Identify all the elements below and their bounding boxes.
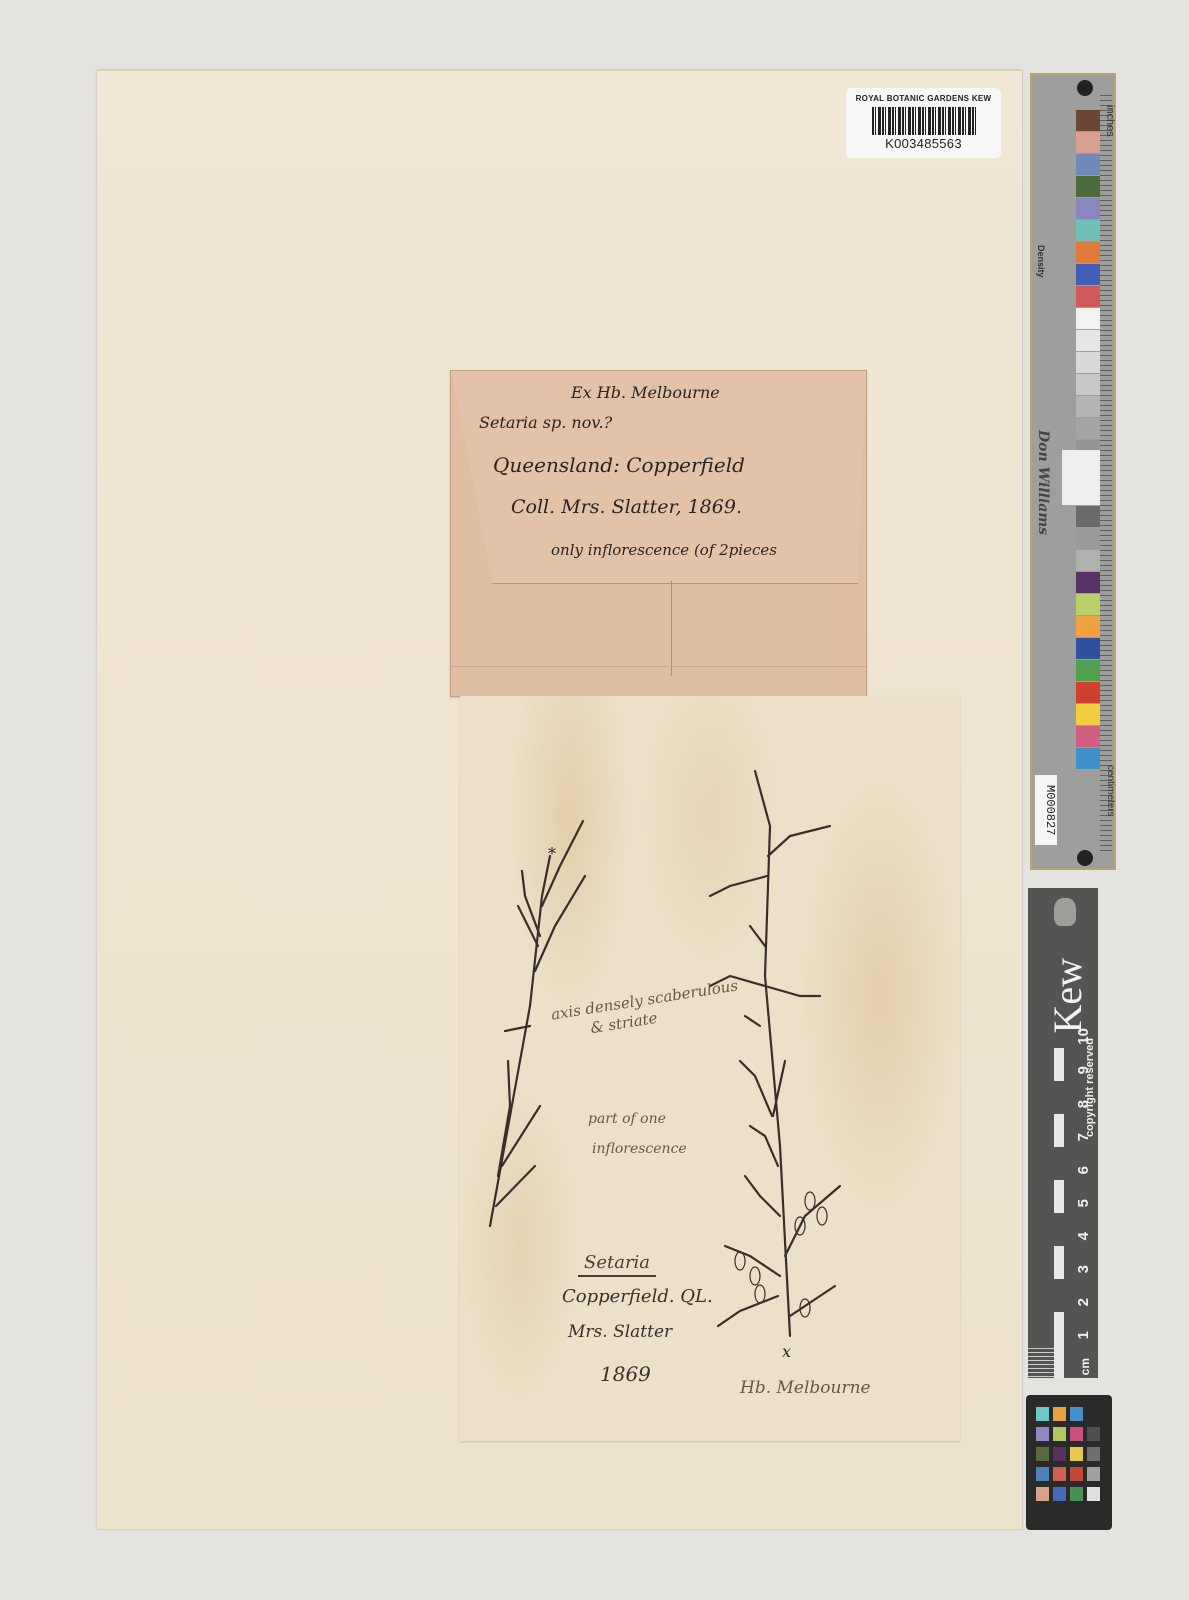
focus-target bbox=[1062, 450, 1100, 505]
scale-unit: cm bbox=[1078, 1358, 1092, 1375]
color-swatch bbox=[1070, 1467, 1083, 1481]
color-swatch bbox=[1036, 1427, 1049, 1441]
color-swatch bbox=[1036, 1487, 1049, 1501]
envelope-fold bbox=[671, 581, 672, 676]
grass-specimen-drawing bbox=[460, 696, 960, 1441]
color-patch bbox=[1076, 528, 1100, 549]
envelope-line-taxon: Setaria sp. nov.? bbox=[479, 413, 612, 432]
color-checker-grid bbox=[1036, 1407, 1100, 1501]
scale-ruler bbox=[1100, 95, 1112, 855]
color-patch bbox=[1076, 110, 1100, 131]
scale-number: 6 bbox=[1075, 1166, 1092, 1174]
color-swatch bbox=[1070, 1447, 1083, 1461]
unit-inches: inches bbox=[1104, 105, 1116, 137]
kew-scale-bar: Kew copyright reserved 10 9 8 7 6 5 4 3 … bbox=[1028, 888, 1098, 1378]
scale-number: 10 bbox=[1075, 1028, 1092, 1045]
color-patch bbox=[1076, 264, 1100, 285]
color-patch bbox=[1076, 726, 1100, 747]
color-swatch bbox=[1087, 1407, 1100, 1421]
color-patch bbox=[1076, 660, 1100, 681]
label-locality: Copperfield. QL. bbox=[562, 1286, 713, 1307]
barcode-number: K003485563 bbox=[846, 136, 1001, 151]
density-label: Density bbox=[1036, 245, 1046, 278]
color-swatch bbox=[1036, 1467, 1049, 1481]
scale-brand: Don Williams bbox=[1035, 430, 1051, 535]
color-checker-card bbox=[1026, 1395, 1112, 1530]
color-swatch bbox=[1053, 1487, 1066, 1501]
color-patch bbox=[1076, 506, 1100, 527]
scale-number: 5 bbox=[1075, 1199, 1092, 1207]
color-swatch bbox=[1036, 1407, 1049, 1421]
color-patch bbox=[1076, 616, 1100, 637]
color-swatch bbox=[1087, 1447, 1100, 1461]
color-patch bbox=[1076, 154, 1100, 175]
color-patch bbox=[1076, 220, 1100, 241]
barcode-label: ROYAL BOTANIC GARDENS KEW K003485563 bbox=[846, 88, 1001, 158]
color-patch bbox=[1076, 198, 1100, 219]
specimen-packet: * axis densely scaberulous & striate par… bbox=[460, 696, 960, 1441]
label-genus: Setaria bbox=[578, 1252, 656, 1277]
color-patch bbox=[1076, 286, 1100, 307]
scale-hole bbox=[1077, 850, 1093, 866]
color-patch bbox=[1076, 374, 1100, 395]
envelope-line-collector: Coll. Mrs. Slatter, 1869. bbox=[511, 496, 742, 518]
color-patch bbox=[1076, 176, 1100, 197]
scale-code: M000827 bbox=[1035, 775, 1057, 845]
color-patch bbox=[1076, 638, 1100, 659]
color-patch bbox=[1076, 418, 1100, 439]
color-swatch bbox=[1070, 1487, 1083, 1501]
copyright-text: copyright reserved bbox=[1084, 1038, 1096, 1137]
color-patch bbox=[1076, 594, 1100, 615]
envelope-line-note: only inflorescence (of 2pieces bbox=[551, 541, 777, 559]
color-reference-scale: inches Density Don Williams centimeters … bbox=[1030, 73, 1116, 870]
color-swatch bbox=[1070, 1407, 1083, 1421]
color-swatch bbox=[1087, 1467, 1100, 1481]
kew-crest-icon bbox=[1054, 898, 1076, 926]
color-swatch bbox=[1053, 1427, 1066, 1441]
color-swatch bbox=[1087, 1487, 1100, 1501]
envelope-line-locality: Queensland: Copperfield bbox=[493, 453, 745, 477]
color-swatch bbox=[1053, 1407, 1066, 1421]
color-patch bbox=[1076, 704, 1100, 725]
color-patch bbox=[1076, 352, 1100, 373]
annotation-part-line1: part of one bbox=[588, 1111, 666, 1127]
envelope-line-source: Ex Hb. Melbourne bbox=[571, 383, 720, 402]
label-year: 1869 bbox=[600, 1362, 651, 1386]
scale-blocks bbox=[1028, 1048, 1064, 1378]
scale-hole bbox=[1077, 80, 1093, 96]
color-swatch bbox=[1053, 1467, 1066, 1481]
color-patches bbox=[1076, 110, 1100, 770]
scale-number: 9 bbox=[1075, 1066, 1092, 1074]
color-patch bbox=[1076, 308, 1100, 329]
barcode-bars bbox=[872, 107, 976, 135]
color-patch bbox=[1076, 242, 1100, 263]
herbarium-note: Hb. Melbourne bbox=[740, 1378, 871, 1398]
color-patch bbox=[1076, 550, 1100, 571]
label-collector: Mrs. Slatter bbox=[568, 1322, 672, 1342]
color-patch bbox=[1076, 330, 1100, 351]
color-patch bbox=[1076, 396, 1100, 417]
scale-number: 4 bbox=[1075, 1232, 1092, 1240]
scale-number: 8 bbox=[1075, 1100, 1092, 1108]
unit-centimeters: centimeters bbox=[1105, 765, 1116, 817]
color-patch bbox=[1076, 132, 1100, 153]
kew-logo: Kew bbox=[1048, 958, 1088, 1034]
scale-number: 2 bbox=[1075, 1298, 1092, 1306]
x-marker: x bbox=[782, 1342, 791, 1361]
annotation-part-line2: inflorescence bbox=[592, 1141, 687, 1157]
envelope-fold bbox=[451, 666, 866, 667]
color-patch bbox=[1076, 748, 1100, 769]
scale-number: 1 bbox=[1075, 1331, 1092, 1339]
color-swatch bbox=[1070, 1427, 1083, 1441]
institution-name: ROYAL BOTANIC GARDENS KEW bbox=[846, 94, 1001, 103]
color-swatch bbox=[1053, 1447, 1066, 1461]
scale-number: 3 bbox=[1075, 1265, 1092, 1273]
color-swatch bbox=[1036, 1447, 1049, 1461]
scale-number: 7 bbox=[1075, 1133, 1092, 1141]
star-marker: * bbox=[548, 844, 556, 863]
specimen-envelope: Ex Hb. Melbourne Setaria sp. nov.? Queen… bbox=[450, 370, 867, 697]
color-swatch bbox=[1087, 1427, 1100, 1441]
color-patch bbox=[1076, 682, 1100, 703]
color-patch bbox=[1076, 572, 1100, 593]
